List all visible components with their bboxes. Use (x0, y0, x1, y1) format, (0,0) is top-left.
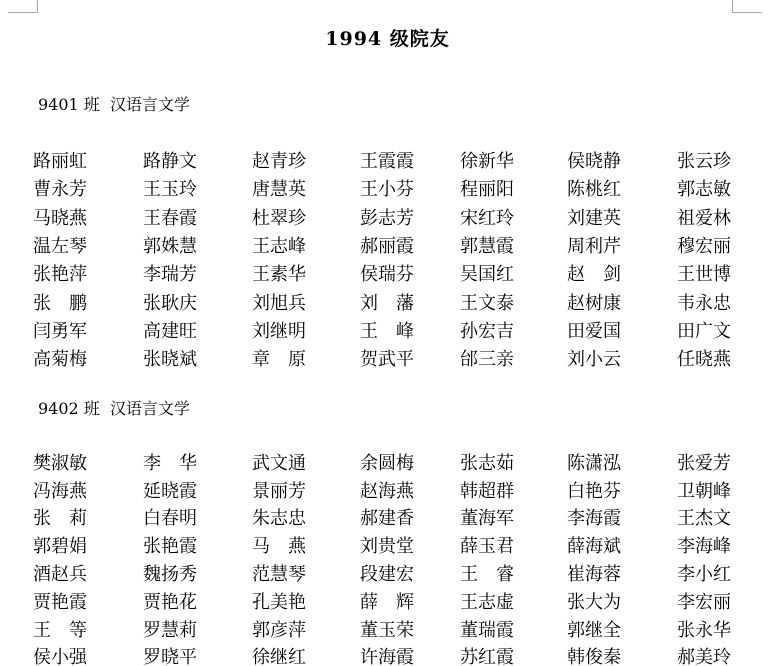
section-heading-class-9401: 9401 班 汉语言文学 (38, 92, 190, 115)
alumnus-name: 王杰文 (677, 504, 731, 532)
alumnus-name: 王素华 (252, 259, 360, 287)
alumnus-name: 徐继红 (252, 643, 360, 666)
alumnus-name: 郭彦萍 (252, 615, 360, 643)
alumnus-name: 王 睿 (460, 559, 567, 587)
alumni-name-grid-9402: 樊淑敏李 华武文通余圆梅张志茹陈潇泓张爱芳冯海燕延晓霞景丽芳赵海燕韩超群白艳芬卫… (33, 448, 731, 666)
alumnus-name: 张 鹏 (33, 287, 143, 315)
alumnus-name: 赵 剑 (567, 259, 677, 287)
section-heading-class-9402: 9402 班 汉语言文学 (38, 396, 190, 419)
alumnus-name: 李海霞 (567, 504, 677, 532)
alumnus-name: 张 莉 (33, 504, 143, 532)
alumnus-name: 崔海蓉 (567, 559, 677, 587)
alumnus-name: 郝美玲 (677, 643, 731, 666)
page-margin-mark-top-left (8, 0, 38, 13)
alumnus-name: 白春明 (143, 504, 252, 532)
alumnus-name: 薛玉君 (460, 531, 567, 559)
alumnus-name: 穆宏丽 (677, 231, 731, 259)
alumnus-name: 路静文 (143, 146, 252, 174)
alumnus-name: 徐新华 (460, 146, 567, 174)
alumnus-name: 刘贵堂 (360, 531, 460, 559)
alumnus-name: 温左琴 (33, 231, 143, 259)
alumnus-name: 张永华 (677, 615, 731, 643)
alumnus-name: 延晓霞 (143, 476, 252, 504)
alumnus-name: 陈桃红 (567, 174, 677, 202)
alumnus-name: 郭继全 (567, 615, 677, 643)
alumnus-name: 赵青珍 (252, 146, 360, 174)
alumnus-name: 樊淑敏 (33, 448, 143, 476)
alumnus-name: 余圆梅 (360, 448, 460, 476)
alumnus-name: 张晓斌 (143, 344, 252, 372)
alumnus-name: 吴国红 (460, 259, 567, 287)
alumnus-name: 白艳芬 (567, 476, 677, 504)
alumnus-name: 赵树康 (567, 287, 677, 315)
alumnus-name: 张志茹 (460, 448, 567, 476)
alumnus-name: 刘建英 (567, 203, 677, 231)
alumnus-name: 田爱国 (567, 316, 677, 344)
alumnus-name: 许海霞 (360, 643, 460, 666)
alumnus-name: 张艳萍 (33, 259, 143, 287)
alumnus-name: 郭志敏 (677, 174, 731, 202)
alumnus-name: 郭碧娟 (33, 531, 143, 559)
alumnus-name: 范慧琴 (252, 559, 360, 587)
alumnus-name: 马 燕 (252, 531, 360, 559)
page-margin-mark-top-right (732, 0, 762, 13)
alumnus-name: 周利芹 (567, 231, 677, 259)
alumnus-name: 侯瑞芬 (360, 259, 460, 287)
alumnus-name: 郝建香 (360, 504, 460, 532)
alumnus-name: 韩俊秦 (567, 643, 677, 666)
alumnus-name: 陈潇泓 (567, 448, 677, 476)
alumnus-name: 宋红玲 (460, 203, 567, 231)
alumnus-name: 闫勇军 (33, 316, 143, 344)
alumnus-name: 董瑞霞 (460, 615, 567, 643)
alumnus-name: 任晓燕 (677, 344, 731, 372)
alumnus-name: 张爱芳 (677, 448, 731, 476)
alumnus-name: 侯小强 (33, 643, 143, 666)
alumnus-name: 卫朝峰 (677, 476, 731, 504)
alumnus-name: 郝丽霞 (360, 231, 460, 259)
alumnus-name: 李 华 (143, 448, 252, 476)
alumnus-name: 王世博 (677, 259, 731, 287)
alumnus-name: 唐慧英 (252, 174, 360, 202)
alumnus-name: 高建旺 (143, 316, 252, 344)
alumnus-name: 王玉玲 (143, 174, 252, 202)
alumnus-name: 李小红 (677, 559, 731, 587)
alumnus-name: 魏扬秀 (143, 559, 252, 587)
alumnus-name: 彭志芳 (360, 203, 460, 231)
alumnus-name: 董玉荣 (360, 615, 460, 643)
alumnus-name: 张大为 (567, 587, 677, 615)
alumnus-name: 段建宏 (360, 559, 460, 587)
alumnus-name: 王志虚 (460, 587, 567, 615)
alumnus-name: 赵海燕 (360, 476, 460, 504)
alumnus-name: 王小芬 (360, 174, 460, 202)
document-page: 1994 级院友 9401 班 汉语言文学 路丽虹路静文赵青珍王霞霞徐新华侯晓静… (0, 0, 775, 666)
alumnus-name: 程丽阳 (460, 174, 567, 202)
alumnus-name: 董海军 (460, 504, 567, 532)
alumnus-name: 韩超群 (460, 476, 567, 504)
alumnus-name: 田广文 (677, 316, 731, 344)
alumnus-name: 王霞霞 (360, 146, 460, 174)
alumnus-name: 苏红霞 (460, 643, 567, 666)
alumnus-name: 曹永芳 (33, 174, 143, 202)
alumnus-name: 李瑞芳 (143, 259, 252, 287)
alumnus-name: 贾艳花 (143, 587, 252, 615)
alumnus-name: 李宏丽 (677, 587, 731, 615)
alumnus-name: 李海峰 (677, 531, 731, 559)
alumnus-name: 邰三亲 (460, 344, 567, 372)
alumnus-name: 薛 辉 (360, 587, 460, 615)
alumnus-name: 王志峰 (252, 231, 360, 259)
alumnus-name: 罗慧莉 (143, 615, 252, 643)
alumnus-name: 刘旭兵 (252, 287, 360, 315)
alumnus-name: 朱志忠 (252, 504, 360, 532)
alumnus-name: 章 原 (252, 344, 360, 372)
alumnus-name: 刘 藩 (360, 287, 460, 315)
alumnus-name: 张耿庆 (143, 287, 252, 315)
alumnus-name: 高菊梅 (33, 344, 143, 372)
alumnus-name: 王 等 (33, 615, 143, 643)
alumnus-name: 侯晓静 (567, 146, 677, 174)
alumnus-name: 张云珍 (677, 146, 731, 174)
alumnus-name: 王春霞 (143, 203, 252, 231)
alumnus-name: 景丽芳 (252, 476, 360, 504)
alumnus-name: 祖爱林 (677, 203, 731, 231)
alumnus-name: 杜翠珍 (252, 203, 360, 231)
alumnus-name: 路丽虹 (33, 146, 143, 174)
alumnus-name: 王 峰 (360, 316, 460, 344)
alumnus-name: 罗晓平 (143, 643, 252, 666)
alumnus-name: 郭慧霞 (460, 231, 567, 259)
alumnus-name: 薛海斌 (567, 531, 677, 559)
alumnus-name: 武文通 (252, 448, 360, 476)
alumnus-name: 酒赵兵 (33, 559, 143, 587)
alumnus-name: 刘小云 (567, 344, 677, 372)
alumnus-name: 马晓燕 (33, 203, 143, 231)
alumnus-name: 孔美艳 (252, 587, 360, 615)
alumnus-name: 刘继明 (252, 316, 360, 344)
alumnus-name: 冯海燕 (33, 476, 143, 504)
alumnus-name: 张艳霞 (143, 531, 252, 559)
alumnus-name: 王文泰 (460, 287, 567, 315)
alumni-name-grid-9401: 路丽虹路静文赵青珍王霞霞徐新华侯晓静张云珍曹永芳王玉玲唐慧英王小芬程丽阳陈桃红郭… (33, 146, 731, 372)
alumnus-name: 贾艳霞 (33, 587, 143, 615)
alumnus-name: 韦永忠 (677, 287, 731, 315)
page-title: 1994 级院友 (0, 24, 775, 51)
alumnus-name: 郭姝慧 (143, 231, 252, 259)
alumnus-name: 贺武平 (360, 344, 460, 372)
alumnus-name: 孙宏吉 (460, 316, 567, 344)
